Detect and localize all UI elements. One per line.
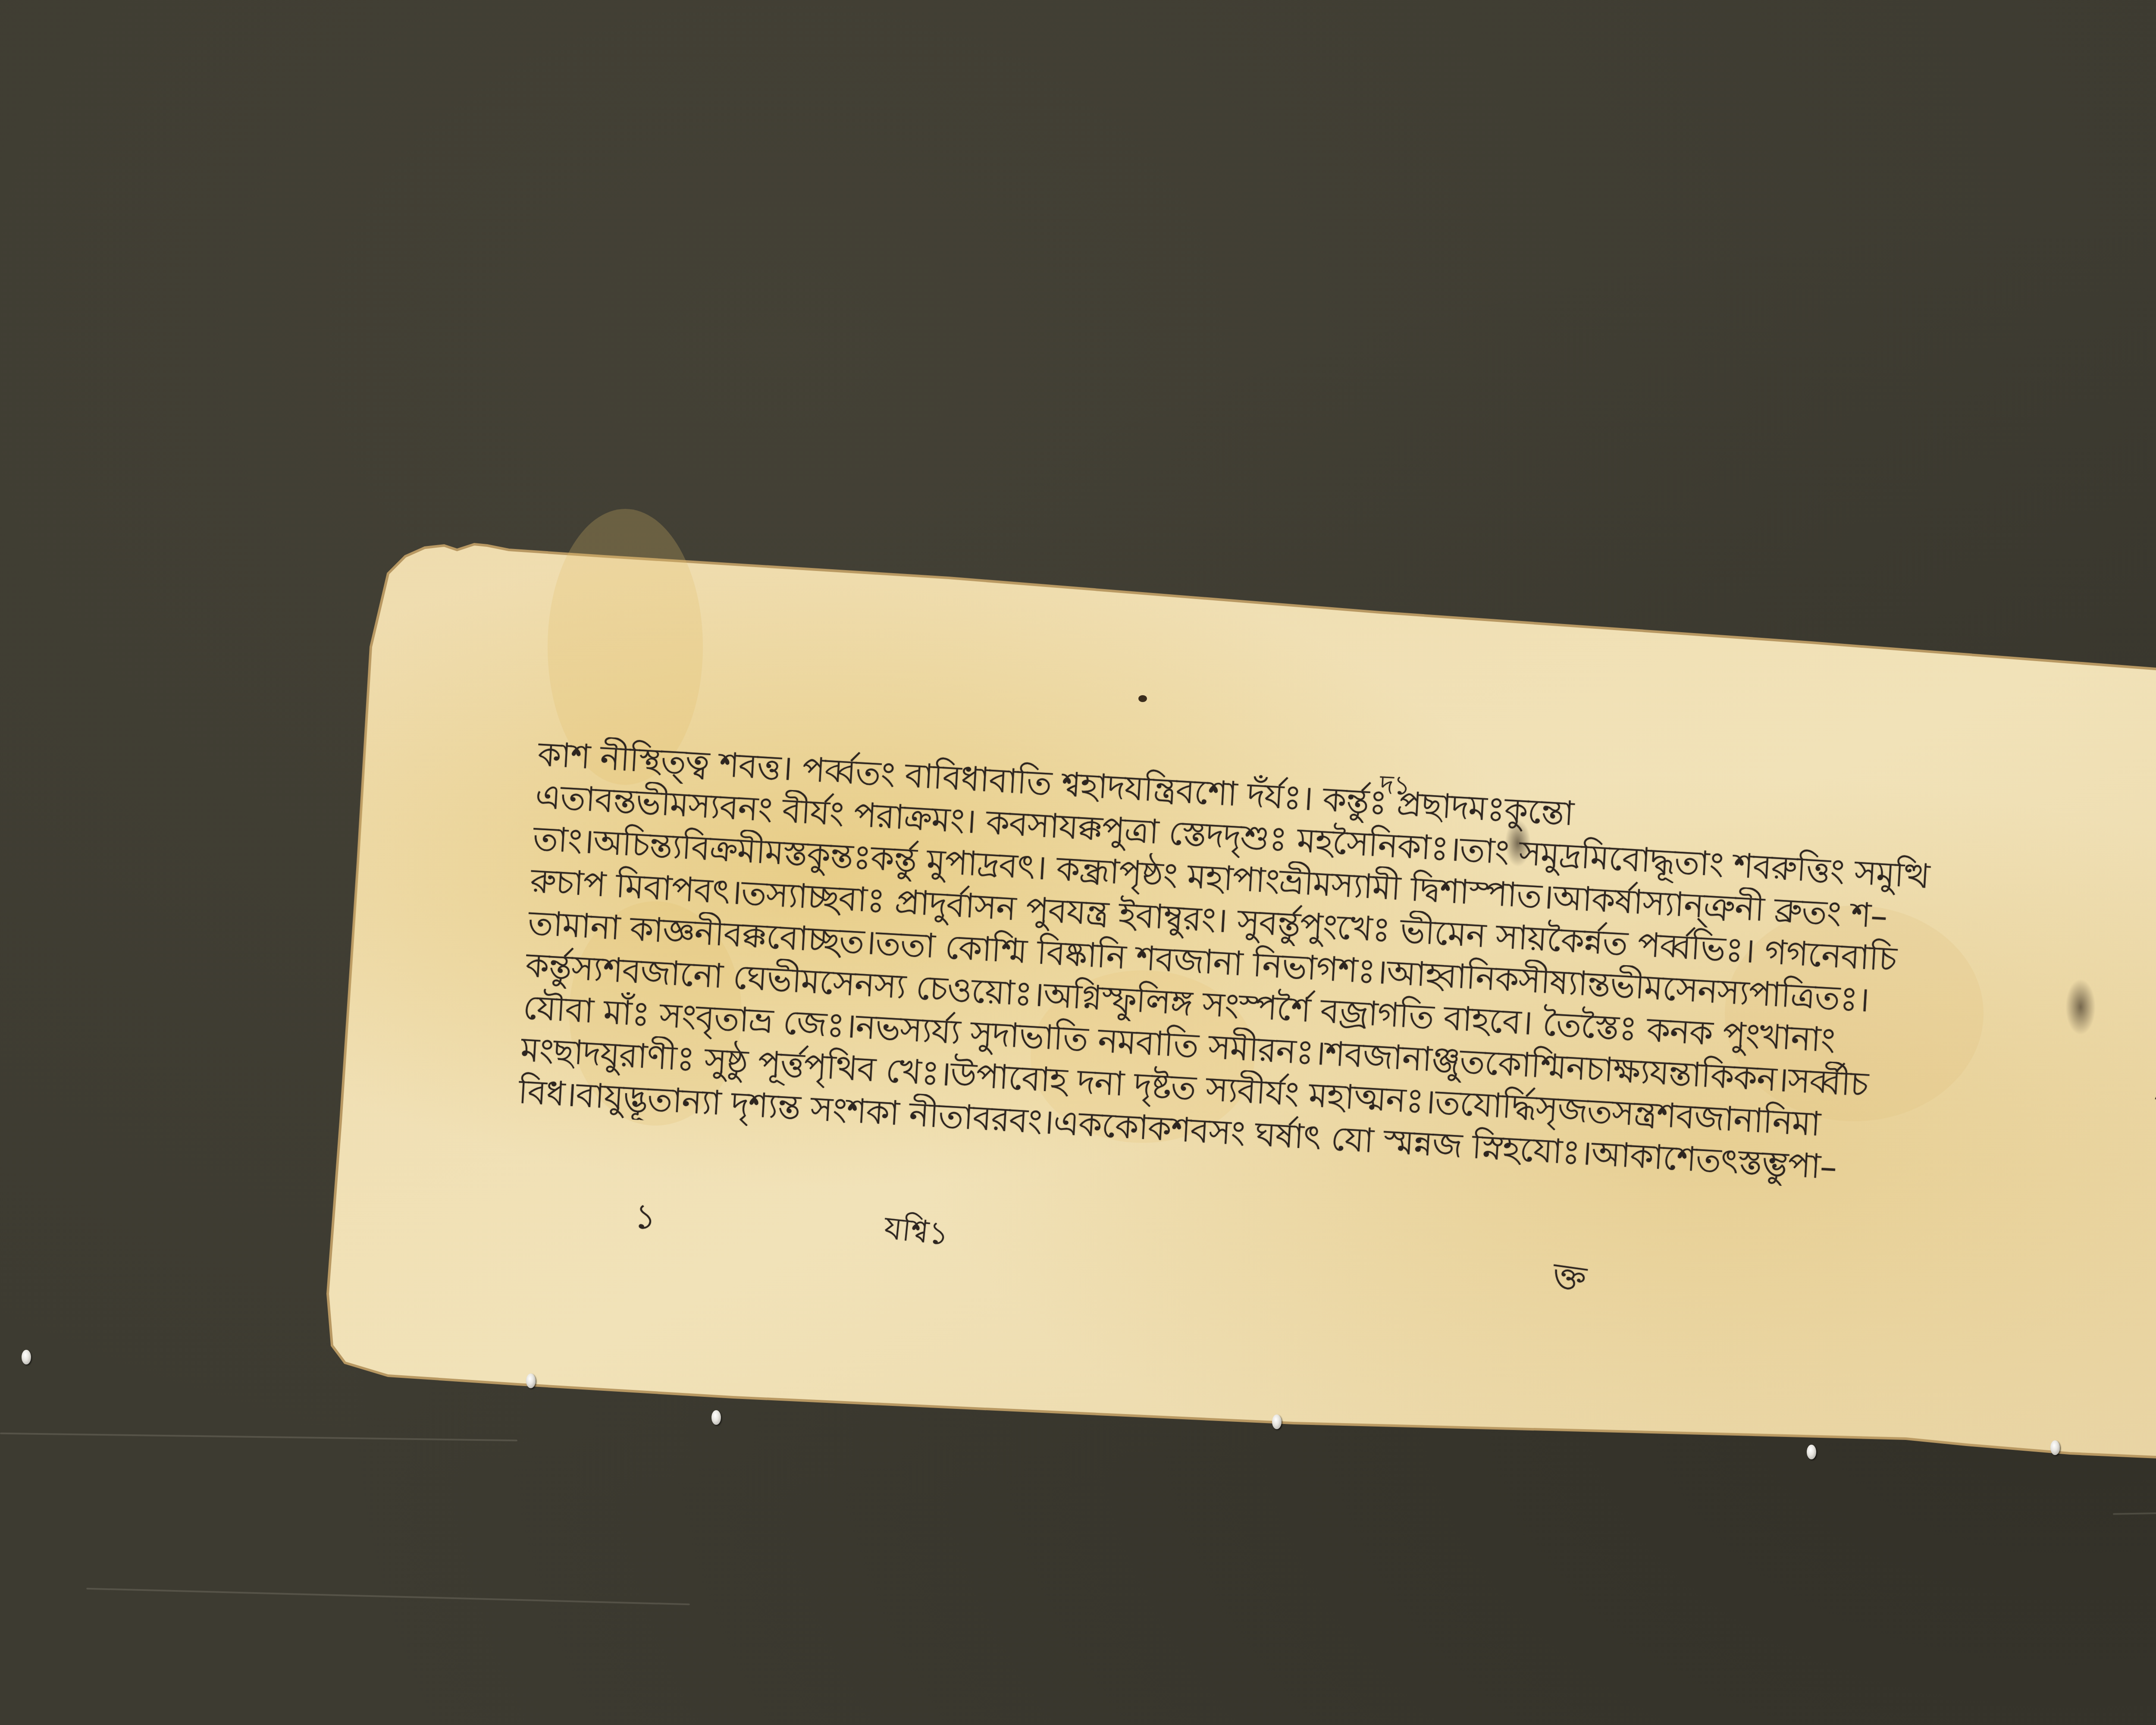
mounting-pin [1807,1445,1816,1459]
marginal-note-bottom-left-2: যশ্বি১ [881,1204,951,1262]
mounting-pin [2050,1440,2060,1455]
mounting-pin [526,1374,536,1388]
mounting-pin [711,1410,721,1425]
mounting-pin [1272,1414,1282,1429]
folio-number: ২৩ [2152,1065,2156,1130]
felt-background: দ১ কাশ নীস্থিত্ত্ব শবত্ত। পর্ব্বতং বাবিধ… [0,0,2156,1725]
mounting-pin [22,1350,31,1364]
